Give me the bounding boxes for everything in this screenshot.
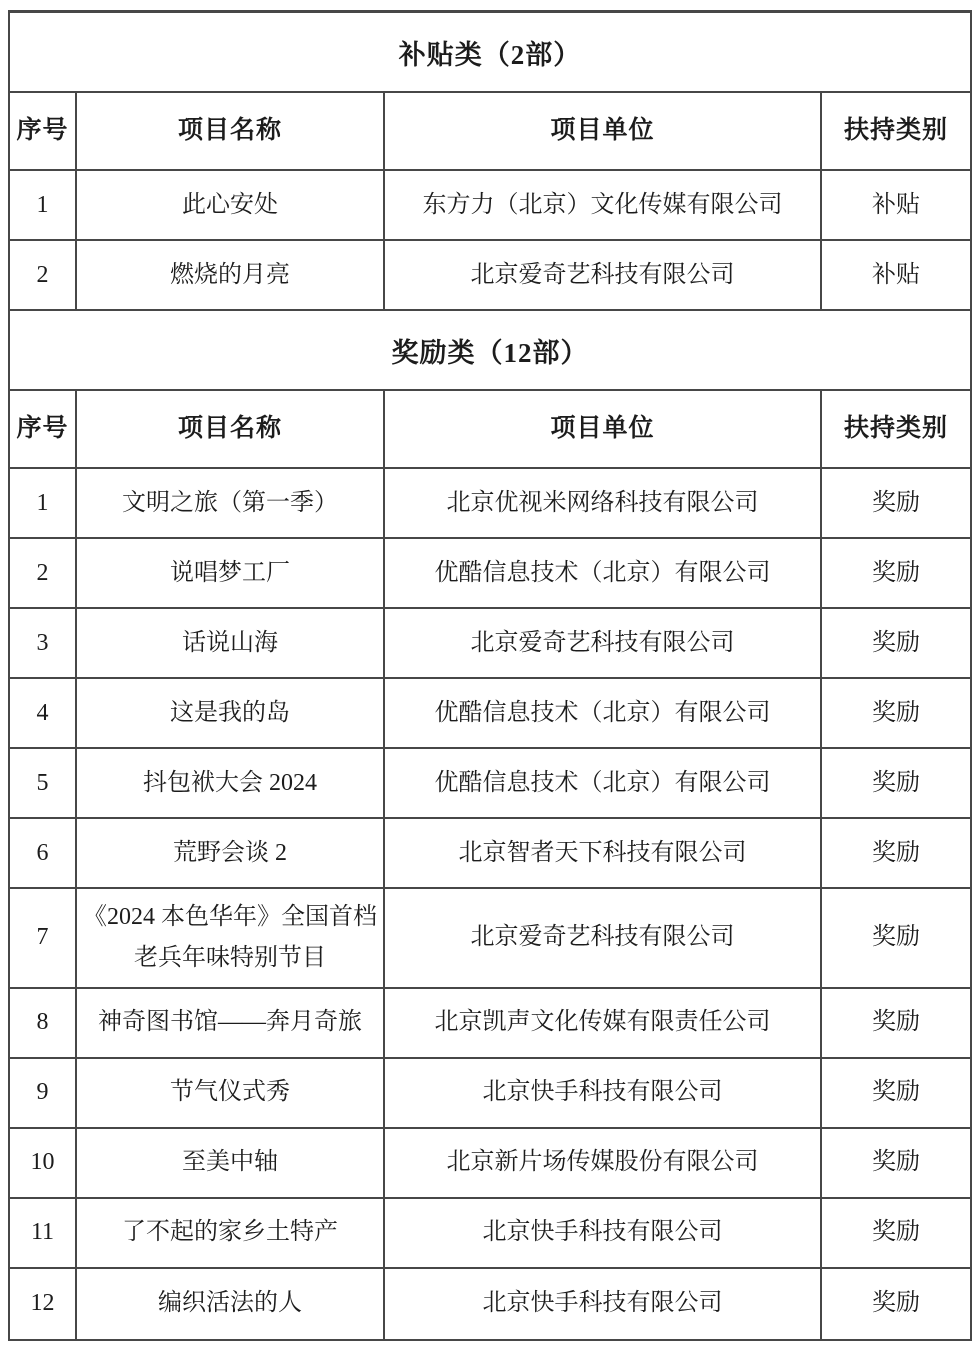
project-unit-cell: 北京新片场传媒股份有限公司 bbox=[385, 1129, 822, 1199]
row-number-cell: 1 bbox=[10, 171, 77, 241]
project-name-cell: 至美中轴 bbox=[77, 1129, 385, 1199]
row-number: 9 bbox=[37, 1072, 49, 1113]
project-name: 《2024 本色华年》全国首档老兵年味特别节目 bbox=[83, 897, 377, 979]
table-row: 6 荒野会谈 2 北京智者天下科技有限公司 奖励 bbox=[10, 819, 970, 889]
project-unit-cell: 北京爱奇艺科技有限公司 bbox=[385, 609, 822, 679]
support-category-cell: 奖励 bbox=[822, 679, 970, 749]
support-category-cell: 奖励 bbox=[822, 539, 970, 609]
project-unit: 优酷信息技术（北京）有限公司 bbox=[435, 763, 771, 804]
project-name-cell: 此心安处 bbox=[77, 171, 385, 241]
support-category: 奖励 bbox=[872, 833, 920, 874]
project-unit: 北京爱奇艺科技有限公司 bbox=[471, 623, 735, 664]
support-category-cell: 奖励 bbox=[822, 1199, 970, 1269]
support-category: 补贴 bbox=[872, 255, 920, 296]
support-category-cell: 奖励 bbox=[822, 819, 970, 889]
table-row: 1 文明之旅（第一季） 北京优视米网络科技有限公司 奖励 bbox=[10, 469, 970, 539]
project-unit: 优酷信息技术（北京）有限公司 bbox=[435, 553, 771, 594]
row-number: 2 bbox=[37, 553, 49, 594]
project-name: 节气仪式秀 bbox=[170, 1072, 290, 1113]
row-number: 1 bbox=[37, 483, 49, 524]
support-category-cell: 补贴 bbox=[822, 241, 970, 311]
project-name-cell: 节气仪式秀 bbox=[77, 1059, 385, 1129]
row-number-cell: 5 bbox=[10, 749, 77, 819]
support-category: 奖励 bbox=[872, 623, 920, 664]
project-unit-cell: 北京优视米网络科技有限公司 bbox=[385, 469, 822, 539]
project-unit: 北京凯声文化传媒有限责任公司 bbox=[435, 1002, 771, 1043]
project-unit: 北京智者天下科技有限公司 bbox=[459, 833, 747, 874]
support-category-cell: 奖励 bbox=[822, 889, 970, 989]
support-category: 奖励 bbox=[872, 1142, 920, 1183]
column-header-project-name: 项目名称 bbox=[77, 391, 385, 469]
support-category: 奖励 bbox=[872, 917, 920, 958]
project-name-cell: 荒野会谈 2 bbox=[77, 819, 385, 889]
row-number-cell: 6 bbox=[10, 819, 77, 889]
column-header-no: 序号 bbox=[10, 391, 77, 469]
row-number-cell: 4 bbox=[10, 679, 77, 749]
column-header-row: 序号 项目名称 项目单位 扶持类别 bbox=[10, 93, 970, 171]
support-category-cell: 奖励 bbox=[822, 749, 970, 819]
row-number-cell: 11 bbox=[10, 1199, 77, 1269]
support-category: 奖励 bbox=[872, 693, 920, 734]
project-unit-cell: 北京爱奇艺科技有限公司 bbox=[385, 241, 822, 311]
project-name-cell: 神奇图书馆——奔月奇旅 bbox=[77, 989, 385, 1059]
project-unit-cell: 东方力（北京）文化传媒有限公司 bbox=[385, 171, 822, 241]
project-name-cell: 燃烧的月亮 bbox=[77, 241, 385, 311]
project-unit-cell: 优酷信息技术（北京）有限公司 bbox=[385, 749, 822, 819]
table-row: 9 节气仪式秀 北京快手科技有限公司 奖励 bbox=[10, 1059, 970, 1129]
project-name: 说唱梦工厂 bbox=[170, 553, 290, 594]
support-category-cell: 奖励 bbox=[822, 609, 970, 679]
project-unit-cell: 优酷信息技术（北京）有限公司 bbox=[385, 539, 822, 609]
project-unit-cell: 优酷信息技术（北京）有限公司 bbox=[385, 679, 822, 749]
table-row: 4 这是我的岛 优酷信息技术（北京）有限公司 奖励 bbox=[10, 679, 970, 749]
project-unit: 北京快手科技有限公司 bbox=[483, 1283, 723, 1324]
row-number: 7 bbox=[37, 917, 49, 958]
project-name: 荒野会谈 2 bbox=[173, 833, 287, 874]
project-name: 神奇图书馆——奔月奇旅 bbox=[98, 1002, 362, 1043]
column-header-row: 序号 项目名称 项目单位 扶持类别 bbox=[10, 391, 970, 469]
row-number: 4 bbox=[37, 693, 49, 734]
project-unit: 北京爱奇艺科技有限公司 bbox=[471, 917, 735, 958]
project-name-cell: 文明之旅（第一季） bbox=[77, 469, 385, 539]
project-unit-cell: 北京快手科技有限公司 bbox=[385, 1199, 822, 1269]
support-category-cell: 奖励 bbox=[822, 469, 970, 539]
column-header-label: 序号 bbox=[16, 110, 68, 153]
row-number: 11 bbox=[31, 1212, 54, 1253]
column-header-label: 扶持类别 bbox=[844, 110, 948, 153]
column-header-label: 项目名称 bbox=[178, 408, 282, 451]
table-row: 2 说唱梦工厂 优酷信息技术（北京）有限公司 奖励 bbox=[10, 539, 970, 609]
project-name: 抖包袱大会 2024 bbox=[143, 763, 317, 804]
project-name: 文明之旅（第一季） bbox=[122, 483, 338, 524]
project-name: 了不起的家乡土特产 bbox=[122, 1212, 338, 1253]
project-name-cell: 了不起的家乡土特产 bbox=[77, 1199, 385, 1269]
row-number: 2 bbox=[37, 255, 49, 296]
support-category: 奖励 bbox=[872, 553, 920, 594]
table-row: 5 抖包袱大会 2024 优酷信息技术（北京）有限公司 奖励 bbox=[10, 749, 970, 819]
support-table: 补贴类（2部） 序号 项目名称 项目单位 扶持类别 1 此心安处 东方力（北京）… bbox=[8, 10, 972, 1341]
project-unit-cell: 北京快手科技有限公司 bbox=[385, 1059, 822, 1129]
table-row: 8 神奇图书馆——奔月奇旅 北京凯声文化传媒有限责任公司 奖励 bbox=[10, 989, 970, 1059]
column-header-label: 项目单位 bbox=[550, 110, 654, 153]
support-category: 奖励 bbox=[872, 1002, 920, 1043]
section-title: 奖励类（12部） bbox=[392, 331, 589, 370]
row-number: 8 bbox=[37, 1002, 49, 1043]
support-category-cell: 奖励 bbox=[822, 1129, 970, 1199]
row-number-cell: 10 bbox=[10, 1129, 77, 1199]
project-name-cell: 说唱梦工厂 bbox=[77, 539, 385, 609]
row-number: 5 bbox=[37, 763, 49, 804]
project-unit: 优酷信息技术（北京）有限公司 bbox=[435, 693, 771, 734]
column-header-project-name: 项目名称 bbox=[77, 93, 385, 171]
project-name-cell: 话说山海 bbox=[77, 609, 385, 679]
table-row: 7 《2024 本色华年》全国首档老兵年味特别节目 北京爱奇艺科技有限公司 奖励 bbox=[10, 889, 970, 989]
row-number-cell: 2 bbox=[10, 241, 77, 311]
support-category: 奖励 bbox=[872, 1283, 920, 1324]
project-unit-cell: 北京智者天下科技有限公司 bbox=[385, 819, 822, 889]
support-category: 奖励 bbox=[872, 763, 920, 804]
column-header-label: 项目名称 bbox=[178, 110, 282, 153]
project-unit: 北京快手科技有限公司 bbox=[483, 1212, 723, 1253]
table-row: 11 了不起的家乡土特产 北京快手科技有限公司 奖励 bbox=[10, 1199, 970, 1269]
support-category: 奖励 bbox=[872, 483, 920, 524]
row-number-cell: 2 bbox=[10, 539, 77, 609]
row-number-cell: 8 bbox=[10, 989, 77, 1059]
row-number-cell: 3 bbox=[10, 609, 77, 679]
project-unit: 东方力（北京）文化传媒有限公司 bbox=[423, 185, 783, 226]
project-name-cell: 《2024 本色华年》全国首档老兵年味特别节目 bbox=[77, 889, 385, 989]
project-name-cell: 编织活法的人 bbox=[77, 1269, 385, 1339]
column-header-project-unit: 项目单位 bbox=[385, 391, 822, 469]
column-header-support-category: 扶持类别 bbox=[822, 391, 970, 469]
support-category-cell: 补贴 bbox=[822, 171, 970, 241]
project-unit: 北京新片场传媒股份有限公司 bbox=[447, 1142, 759, 1183]
row-number-cell: 12 bbox=[10, 1269, 77, 1339]
row-number-cell: 1 bbox=[10, 469, 77, 539]
section-title-row: 奖励类（12部） bbox=[10, 311, 970, 391]
project-name: 话说山海 bbox=[182, 623, 278, 664]
row-number-cell: 7 bbox=[10, 889, 77, 989]
support-category-cell: 奖励 bbox=[822, 1059, 970, 1129]
project-name: 这是我的岛 bbox=[170, 693, 290, 734]
section-title-row: 补贴类（2部） bbox=[10, 13, 970, 93]
column-header-support-category: 扶持类别 bbox=[822, 93, 970, 171]
project-unit: 北京优视米网络科技有限公司 bbox=[447, 483, 759, 524]
support-category: 奖励 bbox=[872, 1072, 920, 1113]
support-category: 奖励 bbox=[872, 1212, 920, 1253]
row-number: 10 bbox=[31, 1142, 55, 1183]
project-unit-cell: 北京快手科技有限公司 bbox=[385, 1269, 822, 1339]
project-name: 燃烧的月亮 bbox=[170, 255, 290, 296]
column-header-project-unit: 项目单位 bbox=[385, 93, 822, 171]
column-header-label: 项目单位 bbox=[550, 408, 654, 451]
support-category-cell: 奖励 bbox=[822, 1269, 970, 1339]
project-name: 此心安处 bbox=[182, 185, 278, 226]
row-number: 3 bbox=[37, 623, 49, 664]
column-header-label: 扶持类别 bbox=[844, 408, 948, 451]
project-name: 至美中轴 bbox=[182, 1142, 278, 1183]
column-header-label: 序号 bbox=[16, 408, 68, 451]
project-unit-cell: 北京凯声文化传媒有限责任公司 bbox=[385, 989, 822, 1059]
table-row: 2 燃烧的月亮 北京爱奇艺科技有限公司 补贴 bbox=[10, 241, 970, 311]
support-category-cell: 奖励 bbox=[822, 989, 970, 1059]
row-number: 12 bbox=[31, 1283, 55, 1324]
project-name-cell: 抖包袱大会 2024 bbox=[77, 749, 385, 819]
section-title: 补贴类（2部） bbox=[399, 33, 582, 72]
row-number: 6 bbox=[37, 833, 49, 874]
support-category: 补贴 bbox=[872, 185, 920, 226]
column-header-no: 序号 bbox=[10, 93, 77, 171]
table-row: 12 编织活法的人 北京快手科技有限公司 奖励 bbox=[10, 1269, 970, 1339]
row-number: 1 bbox=[37, 185, 49, 226]
project-unit-cell: 北京爱奇艺科技有限公司 bbox=[385, 889, 822, 989]
project-unit: 北京爱奇艺科技有限公司 bbox=[471, 255, 735, 296]
table-row: 1 此心安处 东方力（北京）文化传媒有限公司 补贴 bbox=[10, 171, 970, 241]
project-name: 编织活法的人 bbox=[158, 1283, 302, 1324]
project-name-cell: 这是我的岛 bbox=[77, 679, 385, 749]
table-row: 3 话说山海 北京爱奇艺科技有限公司 奖励 bbox=[10, 609, 970, 679]
table-row: 10 至美中轴 北京新片场传媒股份有限公司 奖励 bbox=[10, 1129, 970, 1199]
row-number-cell: 9 bbox=[10, 1059, 77, 1129]
project-unit: 北京快手科技有限公司 bbox=[483, 1072, 723, 1113]
